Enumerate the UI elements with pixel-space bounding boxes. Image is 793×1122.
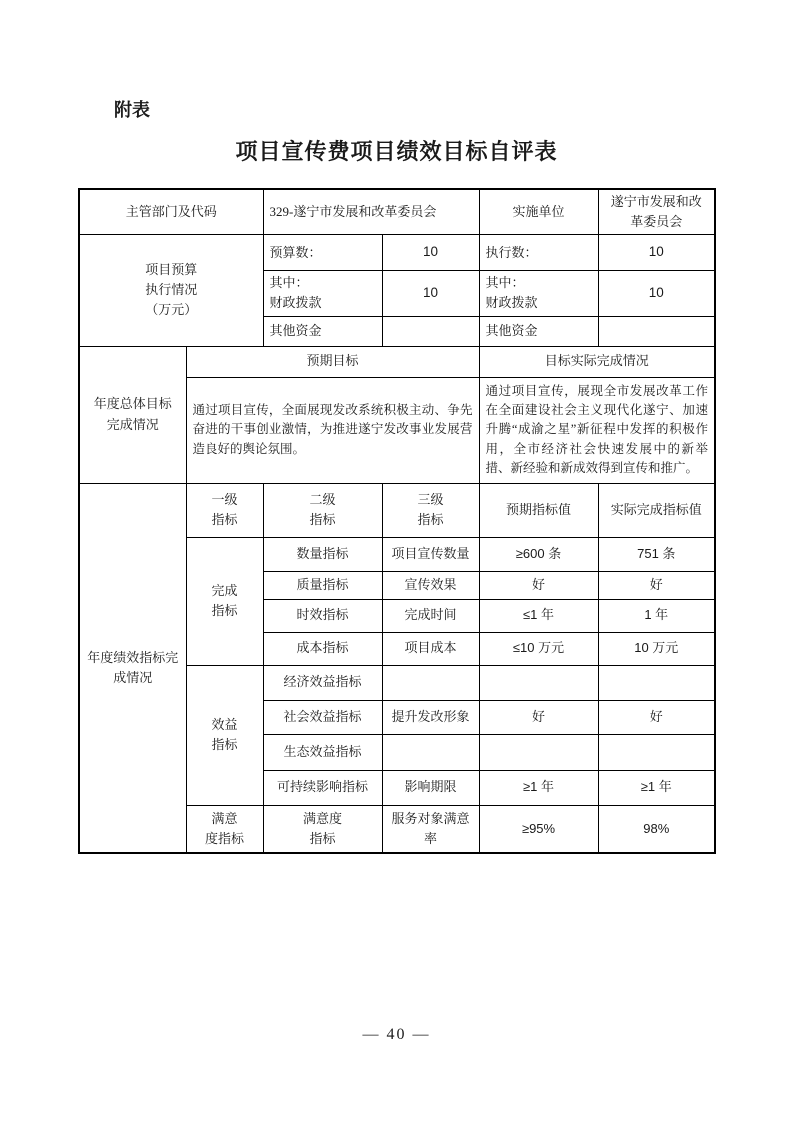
budget-other-exec-value bbox=[598, 316, 715, 346]
indicator-level2: 满意度 指标 bbox=[263, 805, 382, 853]
budget-executed-label: 执行数： bbox=[479, 235, 598, 271]
impl-unit-value: 遂宁市发展和改革委员会 bbox=[598, 189, 715, 235]
indicator-level2: 成本指标 bbox=[263, 632, 382, 665]
impl-unit-label: 实施单位 bbox=[479, 189, 598, 235]
indicator-expected: ≥600 条 bbox=[479, 537, 598, 571]
indicator-level3: 项目成本 bbox=[382, 632, 479, 665]
budget-other-exec-label: 其他资金 bbox=[479, 316, 598, 346]
indicator-actual: 1 年 bbox=[598, 599, 715, 632]
budget-executed-value: 10 bbox=[598, 235, 715, 271]
group-satisfaction-label: 满意 度指标 bbox=[186, 805, 263, 853]
indicator-level2: 时效指标 bbox=[263, 599, 382, 632]
table-row: 主管部门及代码 329-遂宁市发展和改革委员会 实施单位 遂宁市发展和改革委员会 bbox=[79, 189, 715, 235]
table-row: 项目预算 执行情况 （万元） 预算数： 10 执行数： 10 bbox=[79, 235, 715, 271]
indicator-level2: 社会效益指标 bbox=[263, 700, 382, 734]
indicator-expected bbox=[479, 665, 598, 700]
budget-section-label: 项目预算 执行情况 （万元） bbox=[79, 235, 263, 346]
expected-goal-header: 预期目标 bbox=[186, 346, 479, 377]
indicators-section-label: 年度绩效指标完 成情况 bbox=[79, 483, 186, 853]
actual-goal-header: 目标实际完成情况 bbox=[479, 346, 715, 377]
indicator-expected: 好 bbox=[479, 571, 598, 599]
indicator-actual bbox=[598, 734, 715, 770]
budget-fiscal-label: 其中： 财政拨款 bbox=[263, 271, 382, 316]
indicator-expected: ≤10 万元 bbox=[479, 632, 598, 665]
indicator-level3 bbox=[382, 665, 479, 700]
indicator-actual: 10 万元 bbox=[598, 632, 715, 665]
budget-planned-value: 10 bbox=[382, 235, 479, 271]
budget-fiscal-exec-label: 其中： 财政拨款 bbox=[479, 271, 598, 316]
indicator-level2: 生态效益指标 bbox=[263, 734, 382, 770]
page-number: — 40 — bbox=[0, 1026, 793, 1044]
indicator-actual: 好 bbox=[598, 571, 715, 599]
indicator-level2: 质量指标 bbox=[263, 571, 382, 599]
budget-other-label: 其他资金 bbox=[263, 316, 382, 346]
indicator-expected: ≥95% bbox=[479, 805, 598, 853]
indicator-actual bbox=[598, 665, 715, 700]
indicator-actual: 好 bbox=[598, 700, 715, 734]
indicator-level3: 宣传效果 bbox=[382, 571, 479, 599]
table-row: 年度总体目标 完成情况 预期目标 目标实际完成情况 bbox=[79, 346, 715, 377]
indicator-level2: 数量指标 bbox=[263, 537, 382, 571]
self-evaluation-table: 主管部门及代码 329-遂宁市发展和改革委员会 实施单位 遂宁市发展和改革委员会… bbox=[78, 188, 716, 854]
expected-goal-text: 通过项目宣传，全面展现发改系统积极主动、争先奋进的干事创业激情，为推进遂宁发改事… bbox=[186, 377, 479, 483]
group-completion-label: 完成 指标 bbox=[186, 537, 263, 665]
group-benefit-label: 效益 指标 bbox=[186, 665, 263, 805]
document-page: 附表 项目宣传费项目绩效目标自评表 主管部门及代码 329-遂宁市发展和改革委员… bbox=[0, 0, 793, 1122]
indicator-level3: 提升发改形象 bbox=[382, 700, 479, 734]
header-level3: 三级 指标 bbox=[382, 483, 479, 537]
indicator-level3: 项目宣传数量 bbox=[382, 537, 479, 571]
indicator-expected: 好 bbox=[479, 700, 598, 734]
annual-goal-label: 年度总体目标 完成情况 bbox=[79, 346, 186, 483]
page-title: 项目宣传费项目绩效目标自评表 bbox=[0, 135, 793, 166]
budget-planned-label: 预算数： bbox=[263, 235, 382, 271]
header-actual: 实际完成指标值 bbox=[598, 483, 715, 537]
indicator-level3: 服务对象满意 率 bbox=[382, 805, 479, 853]
table-row: 年度绩效指标完 成情况 一级 指标 二级 指标 三级 指标 预期指标值 实际完成… bbox=[79, 483, 715, 537]
indicator-actual: 98% bbox=[598, 805, 715, 853]
indicator-level3: 影响期限 bbox=[382, 770, 479, 805]
dept-code-value: 329-遂宁市发展和改革委员会 bbox=[263, 189, 479, 235]
budget-fiscal-value: 10 bbox=[382, 271, 479, 316]
dept-code-label: 主管部门及代码 bbox=[79, 189, 263, 235]
indicator-level2: 可持续影响指标 bbox=[263, 770, 382, 805]
budget-fiscal-exec-value: 10 bbox=[598, 271, 715, 316]
indicator-expected bbox=[479, 734, 598, 770]
actual-goal-text: 通过项目宣传，展现全市发展改革工作在全面建设社会主义现代化遂宁、加速升腾“成渝之… bbox=[479, 377, 715, 483]
header-expected: 预期指标值 bbox=[479, 483, 598, 537]
budget-other-value bbox=[382, 316, 479, 346]
indicator-actual: 751 条 bbox=[598, 537, 715, 571]
indicator-level3: 完成时间 bbox=[382, 599, 479, 632]
indicator-expected: ≤1 年 bbox=[479, 599, 598, 632]
header-level2: 二级 指标 bbox=[263, 483, 382, 537]
appendix-label: 附表 bbox=[114, 96, 150, 122]
indicator-expected: ≥1 年 bbox=[479, 770, 598, 805]
indicator-actual: ≥1 年 bbox=[598, 770, 715, 805]
header-level1: 一级 指标 bbox=[186, 483, 263, 537]
indicator-level3 bbox=[382, 734, 479, 770]
indicator-level2: 经济效益指标 bbox=[263, 665, 382, 700]
